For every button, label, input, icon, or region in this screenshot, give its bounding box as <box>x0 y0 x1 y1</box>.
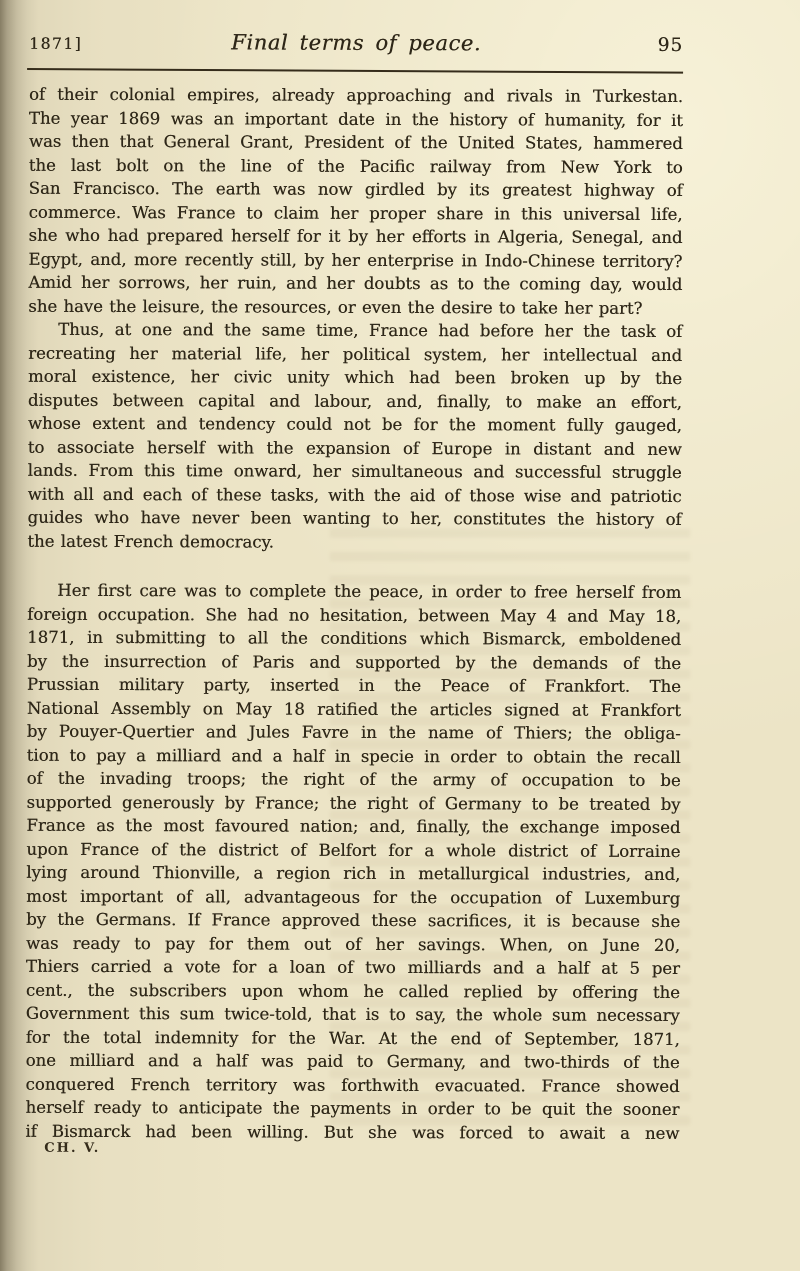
text-line: recreating her material life, her politi… <box>28 341 682 367</box>
text-line: lands. From this time onward, her simult… <box>28 459 682 485</box>
text-line: was then that General Grant, President o… <box>29 130 683 156</box>
text-line: commerce. Was France to claim her proper… <box>29 200 683 226</box>
text-line: France as the most favoured nation; and,… <box>26 814 680 840</box>
margin-year-marker: 1871] <box>29 35 82 53</box>
text-line: conquered French territory was forthwith… <box>26 1072 680 1098</box>
page-number: 95 <box>658 35 684 56</box>
text-line: Prussian military party, inserted in the… <box>27 673 681 699</box>
text-line: National Assembly on May 18 ratified the… <box>27 696 681 722</box>
text-line: by Pouyer-Quertier and Jules Favre in th… <box>27 720 681 746</box>
text-line: foreign occupation. She had no hesitatio… <box>27 602 681 628</box>
text-line: cent., the subscribers upon whom he call… <box>26 978 680 1004</box>
text-line: disputes between capital and labour, and… <box>28 388 682 414</box>
text-line: one milliard and a half was paid to Germ… <box>26 1049 680 1075</box>
text-line: was ready to pay for them out of her sav… <box>26 931 680 957</box>
text-line: Egypt, and, more recently still, by her … <box>28 247 682 273</box>
text-line: of their colonial empires, already appro… <box>29 83 683 109</box>
text-line: 1871, in submitting to all the condition… <box>27 626 681 652</box>
paragraph: Her first care was to complete the peace… <box>25 579 681 1145</box>
chapter-signature: CH. V. <box>44 1141 100 1156</box>
text-line: Thus, at one and the same time, France h… <box>28 318 682 344</box>
text-line: moral existence, her civic unity which h… <box>28 365 682 391</box>
text-line: lying around Thionville, a region rich i… <box>26 861 680 887</box>
page-body: of their colonial empires, already appro… <box>25 83 683 1145</box>
text-line: whose extent and tendency could not be f… <box>28 412 682 438</box>
text-line: if Bismarck had been willing. But she wa… <box>25 1119 679 1145</box>
text-line: Government this sum twice-told, that is … <box>26 1002 680 1028</box>
text-line: of the invading troops; the right of the… <box>27 767 681 793</box>
text-line: upon France of the district of Belfort f… <box>26 837 680 863</box>
text-line: for the total indemnity for the War. At … <box>26 1025 680 1051</box>
text-line: Amid her sorrows, her ruin, and her doub… <box>28 271 682 297</box>
text-line: supported generously by France; the righ… <box>26 790 680 816</box>
text-line: to associate herself with the expansion … <box>28 435 682 461</box>
text-line: by the Germans. If France approved these… <box>26 908 680 934</box>
text-line: The year 1869 was an important date in t… <box>29 106 683 132</box>
text-line: by the insurrection of Paris and support… <box>27 649 681 675</box>
text-line: guides who have never been wanting to he… <box>27 506 681 532</box>
text-line: Thiers carried a vote for a loan of two … <box>26 955 680 981</box>
page-header: 1871] Final terms of peace. 95 <box>29 30 683 56</box>
text-line: with all and each of these tasks, with t… <box>28 482 682 508</box>
text-line: herself ready to anticipate the payments… <box>25 1096 679 1122</box>
text-line: most important of all, advantageous for … <box>26 884 680 910</box>
text-line: Her first care was to complete the peace… <box>27 579 681 605</box>
text-line: tion to pay a milliard and a half in spe… <box>27 743 681 769</box>
header-rule <box>27 68 683 74</box>
book-page-scan: 1871] Final terms of peace. 95 of their … <box>0 0 800 1271</box>
text-line: San Francisco. The earth was now girdled… <box>29 177 683 203</box>
text-line: the last bolt on the line of the Pacific… <box>29 153 683 179</box>
running-title: Final terms of peace. <box>231 30 481 55</box>
scanned-content: 1871] Final terms of peace. 95 of their … <box>0 0 800 1271</box>
paragraph: Thus, at one and the same time, France h… <box>27 318 682 555</box>
text-line: she have the leisure, the resources, or … <box>28 294 682 320</box>
text-line: the latest French democracy. <box>27 529 681 555</box>
paragraph: of their colonial empires, already appro… <box>28 83 683 320</box>
text-line: she who had prepared herself for it by h… <box>28 224 682 250</box>
